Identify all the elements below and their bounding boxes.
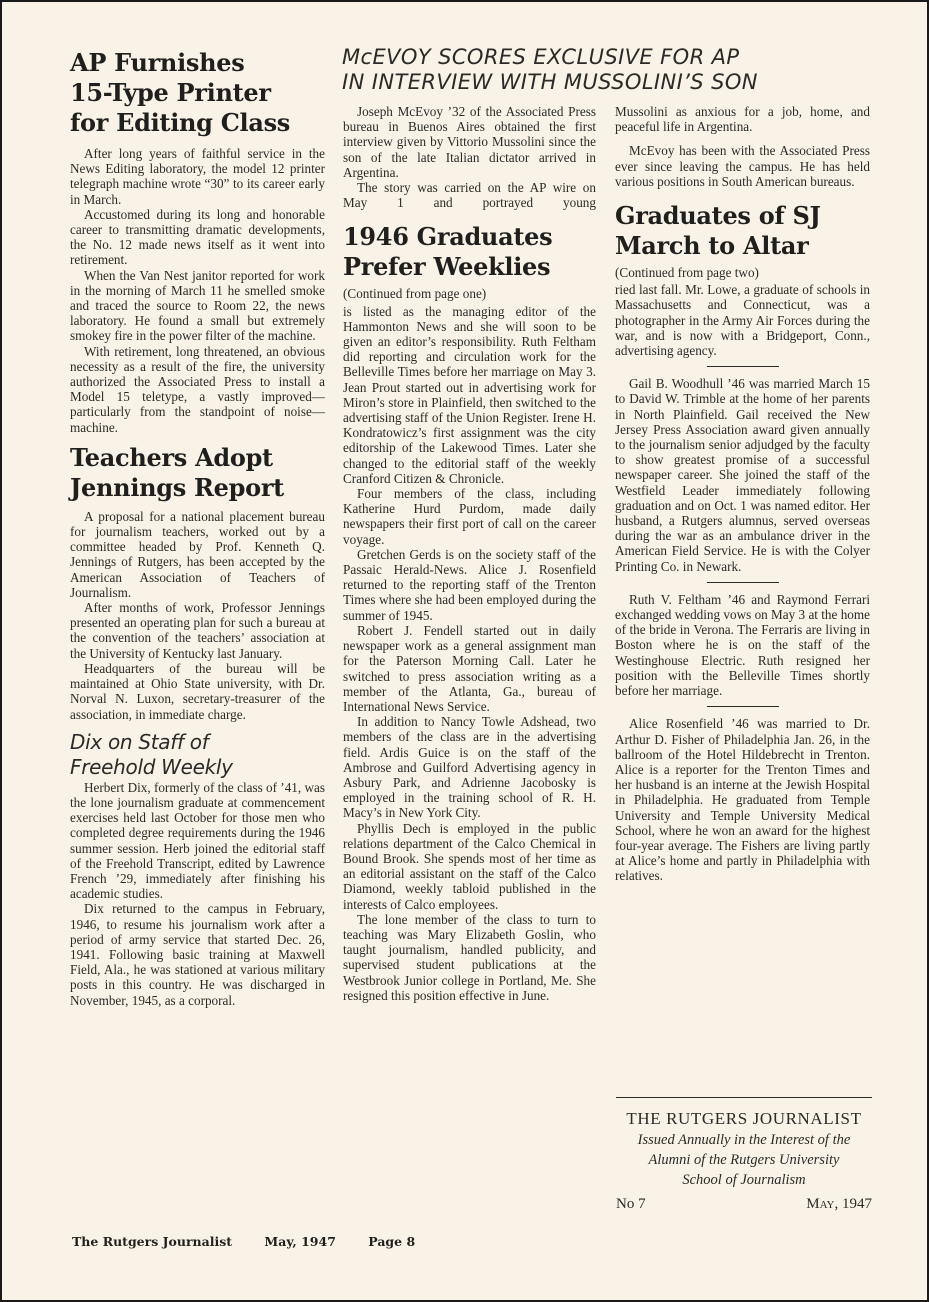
issue-number: No 7 bbox=[616, 1196, 646, 1213]
masthead-subtitle-line: Issued Annually in the Interest of the bbox=[616, 1130, 872, 1150]
paragraph: Headquarters of the bureau will be maint… bbox=[70, 661, 325, 722]
paragraph: After months of work, Professor Jennings… bbox=[70, 600, 325, 661]
headline-line: McEVOY SCORES EXCLUSIVE FOR AP bbox=[342, 45, 872, 70]
paragraph: Dix returned to the campus in February, … bbox=[70, 901, 325, 1007]
paragraph: The lone member of the class to turn to … bbox=[343, 912, 596, 1003]
paragraph: A proposal for a national placement bure… bbox=[70, 509, 325, 600]
masthead-subtitle-line: Alumni of the Rutgers University bbox=[616, 1150, 872, 1170]
article-jennings: Teachers Adopt Jennings Report A proposa… bbox=[70, 443, 325, 722]
page-footer: The Rutgers Journalist May, 1947 Page 8 bbox=[72, 1234, 443, 1249]
headline-line: 1946 Graduates bbox=[343, 222, 596, 252]
paragraph: With retirement, long threatened, an obv… bbox=[70, 344, 325, 435]
divider-rule bbox=[707, 706, 779, 707]
article-altar: Graduates of SJ March to Altar (Continue… bbox=[615, 201, 870, 884]
divider-rule bbox=[707, 366, 779, 367]
paragraph: In addition to Nancy Towle Adshead, two … bbox=[343, 714, 596, 820]
paragraph: ried last fall. Mr. Lowe, a graduate of … bbox=[615, 282, 870, 358]
paragraph: Ruth V. Feltham ’46 and Raymond Ferrari … bbox=[615, 592, 870, 698]
paragraph: Joseph McEvoy ’32 of the Associated Pres… bbox=[343, 104, 596, 180]
paragraph: The story was carried on the AP wire on … bbox=[343, 180, 596, 210]
masthead: THE RUTGERS JOURNALIST Issued Annually i… bbox=[616, 1097, 872, 1213]
divider-rule bbox=[707, 582, 779, 583]
masthead-subtitle-line: School of Journalism bbox=[616, 1170, 872, 1190]
article-graduates-weeklies: 1946 Graduates Prefer Weeklies (Continue… bbox=[343, 222, 596, 1003]
footer-page-number: Page 8 bbox=[368, 1234, 415, 1249]
paragraph: Gail B. Woodhull ’46 was married March 1… bbox=[615, 376, 870, 574]
headline-line: March to Altar bbox=[615, 231, 870, 261]
footer-publication: The Rutgers Journalist bbox=[72, 1234, 232, 1249]
headline-altar: Graduates of SJ March to Altar bbox=[615, 201, 870, 261]
continued-note: (Continued from page two) bbox=[615, 265, 870, 280]
continued-note: (Continued from page one) bbox=[343, 286, 596, 301]
article-mcevoy-right: Mussolini as anxious for a job, home, an… bbox=[615, 104, 870, 189]
paragraph: When the Van Nest janitor reported for w… bbox=[70, 268, 325, 344]
article-dix: Dix on Staff of Freehold Weekly Herbert … bbox=[70, 730, 325, 1008]
paragraph: Gretchen Gerds is on the society staff o… bbox=[343, 547, 596, 623]
paragraph: Mussolini as anxious for a job, home, an… bbox=[615, 104, 870, 134]
paragraph: Herbert Dix, formerly of the class of ’4… bbox=[70, 780, 325, 902]
masthead-title: THE RUTGERS JOURNALIST bbox=[616, 1108, 872, 1130]
paragraph: Robert J. Fendell started out in daily n… bbox=[343, 623, 596, 714]
headline-line: Graduates of SJ bbox=[615, 201, 870, 231]
paragraph: Accustomed during its long and honorable… bbox=[70, 207, 325, 268]
headline-dix: Dix on Staff of Freehold Weekly bbox=[70, 730, 325, 780]
paragraph: Four members of the class, including Kat… bbox=[343, 486, 596, 547]
headline-graduates-weeklies: 1946 Graduates Prefer Weeklies bbox=[343, 222, 596, 282]
article-ap-printer: AP Furnishes 15-Type Printer for Editing… bbox=[70, 48, 325, 435]
headline-line: Jennings Report bbox=[70, 473, 325, 503]
paragraph: is listed as the managing editor of the … bbox=[343, 304, 596, 486]
paragraph: Phyllis Dech is employed in the public r… bbox=[343, 821, 596, 912]
column-middle: Joseph McEvoy ’32 of the Associated Pres… bbox=[343, 104, 596, 1003]
headline-line: Prefer Weeklies bbox=[343, 252, 596, 282]
headline-line: Dix on Staff of bbox=[70, 730, 325, 755]
newspaper-page: AP Furnishes 15-Type Printer for Editing… bbox=[0, 0, 929, 1302]
headline-mcevoy: McEVOY SCORES EXCLUSIVE FOR AP IN INTERV… bbox=[342, 45, 872, 95]
headline-line: Freehold Weekly bbox=[70, 755, 325, 780]
column-left: AP Furnishes 15-Type Printer for Editing… bbox=[70, 48, 325, 1008]
article-mcevoy-left: Joseph McEvoy ’32 of the Associated Pres… bbox=[343, 104, 596, 210]
headline-line: IN INTERVIEW WITH MUSSOLINI’S SON bbox=[342, 70, 872, 95]
headline-line: AP Furnishes bbox=[70, 48, 325, 78]
headline-line: Teachers Adopt bbox=[70, 443, 325, 473]
headline-ap-printer: AP Furnishes 15-Type Printer for Editing… bbox=[70, 48, 325, 138]
masthead-issue-row: No 7 May, 1947 bbox=[616, 1196, 872, 1213]
headline-line: for Editing Class bbox=[70, 108, 325, 138]
column-right: Mussolini as anxious for a job, home, an… bbox=[615, 104, 870, 884]
paragraph: McEvoy has been with the Associated Pres… bbox=[615, 143, 870, 189]
headline-jennings: Teachers Adopt Jennings Report bbox=[70, 443, 325, 503]
headline-line: 15-Type Printer bbox=[70, 78, 325, 108]
issue-date: May, 1947 bbox=[806, 1196, 872, 1213]
footer-date: May, 1947 bbox=[264, 1234, 336, 1249]
paragraph: Alice Rosenfield ’46 was married to Dr. … bbox=[615, 716, 870, 883]
paragraph: After long years of faithful service in … bbox=[70, 146, 325, 207]
